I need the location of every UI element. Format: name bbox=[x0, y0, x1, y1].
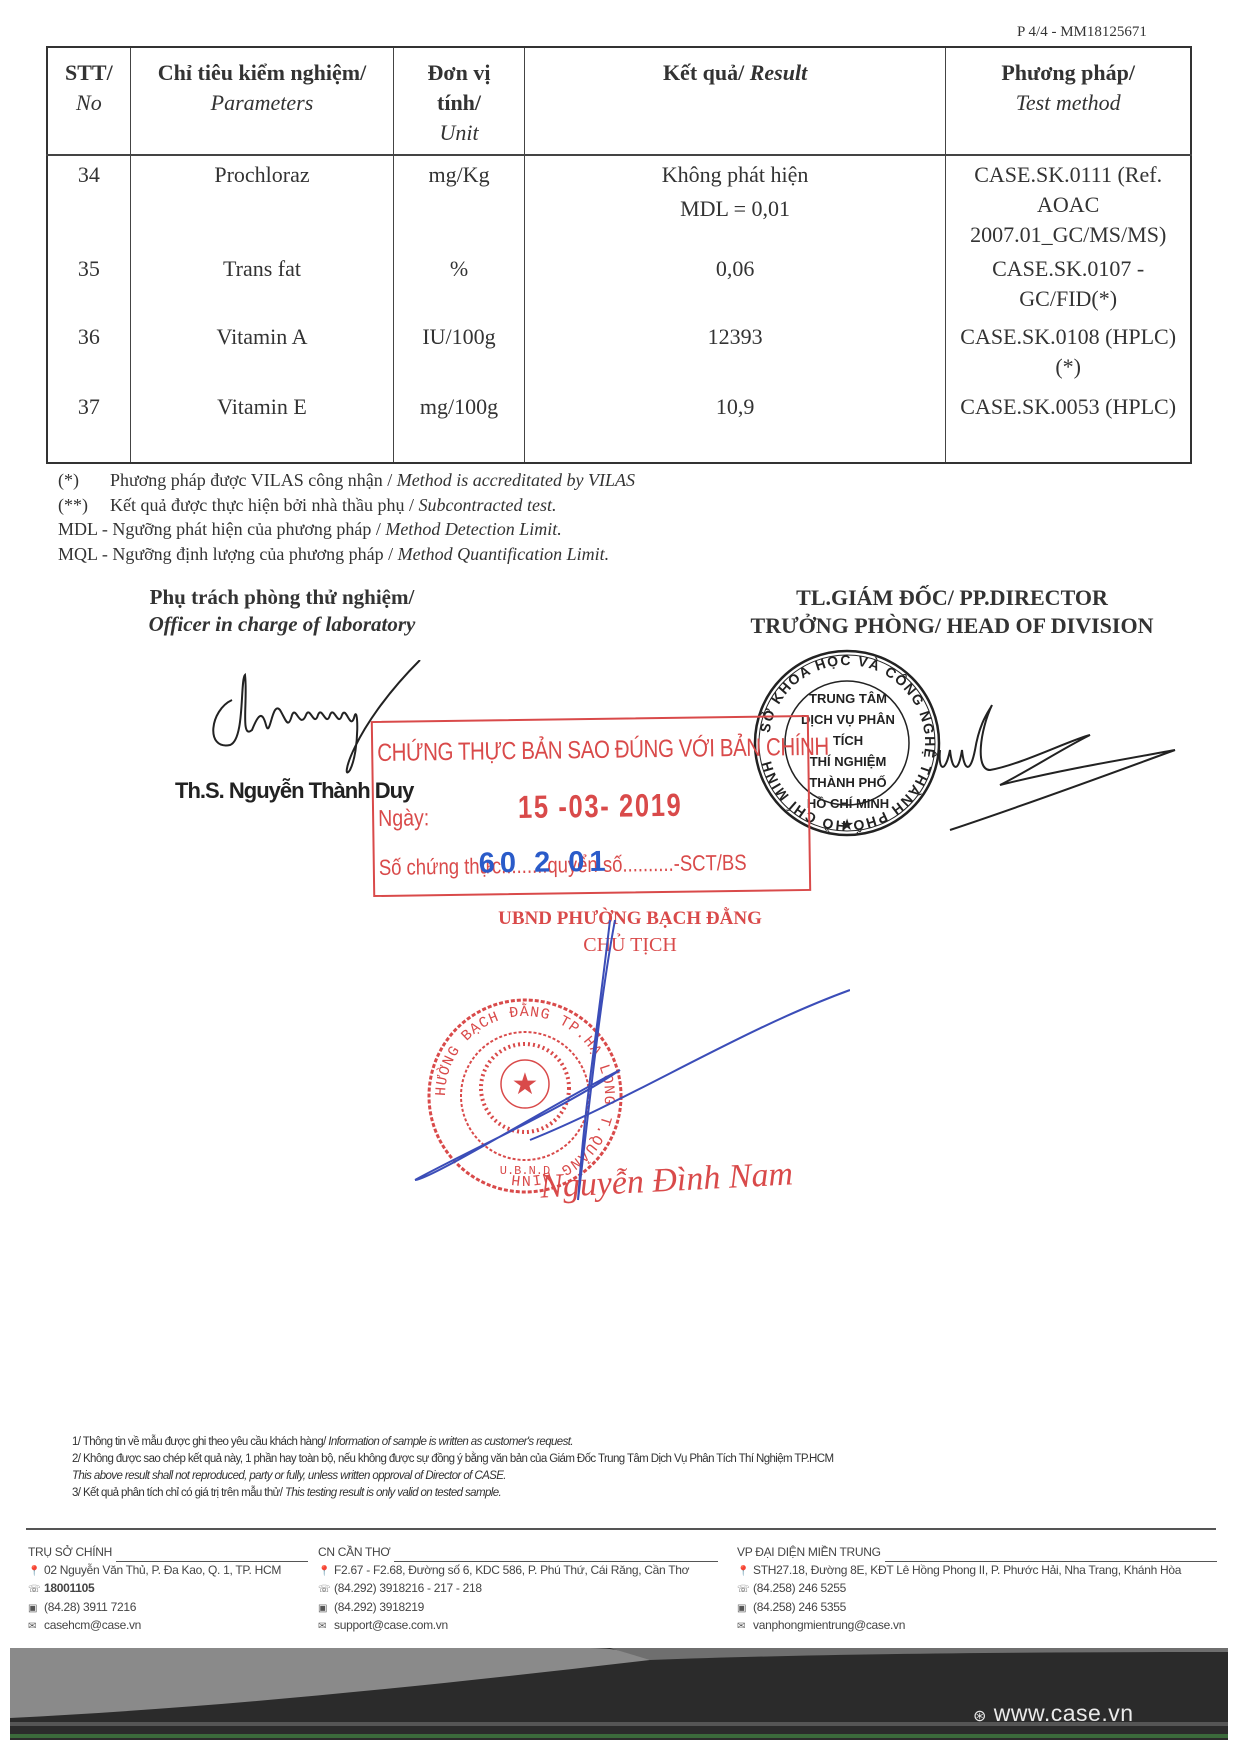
website-text: www.case.vn bbox=[994, 1700, 1134, 1726]
legend-note: MQL - Ngưỡng định lượng của phương pháp … bbox=[58, 542, 635, 567]
office-address-text: F2.67 - F2.68, Đường số 6, KDC 586, P. P… bbox=[334, 1563, 689, 1577]
seal-line: TRUNG TÂM bbox=[792, 688, 904, 709]
result-value: 10,9 bbox=[716, 394, 755, 419]
office-central: VP ĐẠI DIỆN MIỀN TRUNG📍STH27.18, Đường 8… bbox=[737, 1544, 1217, 1636]
office-fax-text: (84.28) 3911 7216 bbox=[44, 1600, 136, 1614]
header-param-vn: Chỉ tiêu kiểm nghiệm/ bbox=[158, 60, 366, 85]
footer-divider bbox=[26, 1528, 1216, 1530]
lab-officer-title-vn: Phụ trách phòng thử nghiệm/ bbox=[112, 584, 452, 611]
phone-icon: ☏ bbox=[28, 1581, 44, 1599]
note-symbol: MDL - bbox=[58, 519, 112, 539]
disclaimer-vn: 1/ Thông tin về mẫu được ghi theo yêu cầ… bbox=[72, 1436, 328, 1448]
cert-date-value: 15 -03- 2019 bbox=[518, 787, 683, 826]
header-param-en: Parameters bbox=[211, 90, 314, 115]
cell-param: Vitamin E bbox=[130, 388, 394, 463]
location-pin-icon: 📍 bbox=[28, 1563, 44, 1581]
note-text-en: Method is accreditated by VILAS bbox=[397, 470, 635, 490]
office-fax: ▣(84.292) 3918219 bbox=[318, 1599, 718, 1618]
cell-unit: % bbox=[394, 250, 525, 318]
table-row: 37Vitamin Emg/100g10,9CASE.SK.0053 (HPLC… bbox=[47, 388, 1191, 463]
cell-result: 0,06 bbox=[524, 250, 946, 318]
header-no-vn: STT/ bbox=[65, 60, 113, 85]
table-body: 34Prochlorazmg/KgKhông phát hiệnMDL = 0,… bbox=[47, 155, 1191, 463]
note-text-vn: Phương pháp được VILAS công nhận / bbox=[110, 470, 397, 490]
fax-icon: ▣ bbox=[28, 1600, 44, 1618]
office-headquarters: TRỤ SỞ CHÍNH📍02 Nguyễn Văn Thủ, P. Đa Ka… bbox=[28, 1544, 308, 1636]
office-address-text: STH27.18, Đường 8E, KĐT Lê Hồng Phong II… bbox=[753, 1563, 1181, 1577]
header-method-vn: Phương pháp/ bbox=[1001, 60, 1135, 85]
results-table: STT/ No Chỉ tiêu kiểm nghiệm/ Parameters… bbox=[46, 46, 1192, 464]
table-row: 36Vitamin AIU/100g12393CASE.SK.0108 (HPL… bbox=[47, 318, 1191, 388]
location-pin-icon: 📍 bbox=[318, 1563, 334, 1581]
cell-result: Không phát hiệnMDL = 0,01 bbox=[524, 155, 946, 250]
office-email-text: vanphongmientrung@case.vn bbox=[753, 1618, 905, 1632]
legend-note: MDL - Ngưỡng phát hiện của phương pháp /… bbox=[58, 517, 635, 542]
globe-icon: ⊛ bbox=[973, 1708, 987, 1725]
disclaimer-en: Information of sample is written as cust… bbox=[328, 1436, 573, 1448]
header-unit-vn1: Đơn vị bbox=[428, 60, 491, 85]
result-value: 12393 bbox=[708, 324, 763, 349]
result-detection-limit: MDL = 0,01 bbox=[529, 194, 942, 224]
fax-icon: ▣ bbox=[318, 1600, 334, 1618]
office-heading: VP ĐẠI DIỆN MIỀN TRUNG bbox=[737, 1544, 1217, 1562]
lab-officer-title-en: Officer in charge of laboratory bbox=[112, 611, 452, 638]
header-no-en: No bbox=[76, 90, 102, 115]
cell-unit: mg/Kg bbox=[394, 155, 525, 250]
cell-unit: IU/100g bbox=[394, 318, 525, 388]
office-phone[interactable]: ☏18001105 bbox=[28, 1580, 308, 1599]
note-text-en: Subcontracted test. bbox=[418, 495, 556, 515]
office-fax-text: (84.292) 3918219 bbox=[334, 1600, 424, 1614]
cell-no: 35 bbox=[47, 250, 130, 318]
website-link[interactable]: ⊛ www.case.vn bbox=[973, 1700, 1134, 1727]
svg-text:★: ★ bbox=[840, 817, 854, 834]
office-phone-text: (84.258) 246 5255 bbox=[753, 1581, 846, 1595]
note-text-en: Method Quantification Limit. bbox=[398, 544, 610, 564]
header-method-en: Test method bbox=[1016, 90, 1121, 115]
note-text-en: Method Detection Limit. bbox=[385, 519, 561, 539]
head-of-division-title: TRƯỞNG PHÒNG/ HEAD OF DIVISION bbox=[712, 612, 1192, 640]
note-text-vn: Kết quả được thực hiện bởi nhà thầu phụ … bbox=[110, 495, 418, 515]
fax-icon: ▣ bbox=[737, 1600, 753, 1618]
page-reference: P 4/4 - MM18125671 bbox=[1017, 24, 1147, 41]
result-value: 0,06 bbox=[716, 256, 755, 281]
note-text-vn: Ngưỡng định lượng của phương pháp / bbox=[112, 544, 397, 564]
director-signature bbox=[920, 690, 1180, 840]
cert-date-label: Ngày: bbox=[378, 804, 429, 832]
office-email[interactable]: ✉casehcm@case.vn bbox=[28, 1617, 308, 1636]
cell-no: 36 bbox=[47, 318, 130, 388]
email-icon: ✉ bbox=[28, 1618, 44, 1636]
office-fax-text: (84.258) 246 5355 bbox=[753, 1600, 846, 1614]
cell-param: Prochloraz bbox=[130, 155, 394, 250]
disclaimer-en: This testing result is only valid on tes… bbox=[285, 1487, 501, 1499]
office-address: 📍STH27.18, Đường 8E, KĐT Lê Hồng Phong I… bbox=[737, 1562, 1217, 1581]
disclaimer-line: This above result shall not reproduced, … bbox=[72, 1468, 833, 1485]
table-header-row: STT/ No Chỉ tiêu kiểm nghiệm/ Parameters… bbox=[47, 47, 1191, 155]
phone-icon: ☏ bbox=[318, 1581, 334, 1599]
cell-result: 10,9 bbox=[524, 388, 946, 463]
office-email-text: support@case.com.vn bbox=[334, 1618, 448, 1632]
disclaimer-line: 1/ Thông tin về mẫu được ghi theo yêu cầ… bbox=[72, 1434, 833, 1451]
cell-no: 37 bbox=[47, 388, 130, 463]
header-result: Kết quả/ Result bbox=[524, 47, 946, 155]
legend-notes: (*)Phương pháp được VILAS công nhận / Me… bbox=[58, 468, 635, 566]
header-unit: Đơn vị tính/ Unit bbox=[394, 47, 525, 155]
office-address-text: 02 Nguyễn Văn Thủ, P. Đa Kao, Q. 1, TP. … bbox=[44, 1563, 281, 1577]
header-method: Phương pháp/ Test method bbox=[946, 47, 1191, 155]
email-icon: ✉ bbox=[318, 1618, 334, 1636]
office-phone-text: 18001105 bbox=[44, 1581, 94, 1595]
office-email-text: casehcm@case.vn bbox=[44, 1618, 141, 1632]
legend-note: (*)Phương pháp được VILAS công nhận / Me… bbox=[58, 468, 635, 493]
copy-certification-stamp: CHỨNG THỰC BẢN SAO ĐÚNG VỚI BẢN CHÍNH Ng… bbox=[371, 715, 811, 897]
legend-note: (**)Kết quả được thực hiện bởi nhà thầu … bbox=[58, 493, 635, 518]
office-address: 📍02 Nguyễn Văn Thủ, P. Đa Kao, Q. 1, TP.… bbox=[28, 1562, 308, 1581]
note-symbol: (**) bbox=[58, 493, 110, 518]
cell-method: CASE.SK.0107 - GC/FID(*) bbox=[946, 250, 1191, 318]
disclaimer-line: 2/ Không được sao chép kết quả này, 1 ph… bbox=[72, 1451, 833, 1468]
cert-number-value: 60 2 01 bbox=[479, 846, 611, 881]
office-phone[interactable]: ☏(84.258) 246 5255 bbox=[737, 1580, 1217, 1599]
director-block: TL.GIÁM ĐỐC/ PP.DIRECTOR TRƯỞNG PHÒNG/ H… bbox=[712, 584, 1192, 640]
cell-method: CASE.SK.0053 (HPLC) bbox=[946, 388, 1191, 463]
office-title: VP ĐẠI DIỆN MIỀN TRUNG bbox=[737, 1544, 881, 1562]
note-symbol: MQL - bbox=[58, 544, 112, 564]
cert-stamp-heading: CHỨNG THỰC BẢN SAO ĐÚNG VỚI BẢN CHÍNH bbox=[377, 733, 829, 768]
office-fax: ▣(84.28) 3911 7216 bbox=[28, 1599, 308, 1618]
cell-param: Vitamin A bbox=[130, 318, 394, 388]
table-row: 34Prochlorazmg/KgKhông phát hiệnMDL = 0,… bbox=[47, 155, 1191, 250]
table-row: 35Trans fat%0,06CASE.SK.0107 - GC/FID(*) bbox=[47, 250, 1191, 318]
header-no: STT/ No bbox=[47, 47, 130, 155]
office-heading: TRỤ SỞ CHÍNH bbox=[28, 1544, 308, 1562]
header-result-en: Result bbox=[750, 60, 807, 85]
office-title: CN CẦN THƠ bbox=[318, 1544, 390, 1562]
header-unit-vn2: tính/ bbox=[437, 90, 481, 115]
result-value: Không phát hiện bbox=[662, 162, 809, 187]
disclaimer-line: 3/ Kết quả phân tích chỉ có giá trị trên… bbox=[72, 1485, 833, 1502]
cell-param: Trans fat bbox=[130, 250, 394, 318]
header-unit-en: Unit bbox=[439, 120, 478, 145]
office-title-rule bbox=[885, 1551, 1217, 1562]
office-email[interactable]: ✉vanphongmientrung@case.vn bbox=[737, 1617, 1217, 1636]
note-text-vn: Ngưỡng phát hiện của phương pháp / bbox=[112, 519, 385, 539]
office-can-tho: CN CẦN THƠ📍F2.67 - F2.68, Đường số 6, KD… bbox=[318, 1544, 718, 1636]
director-title: TL.GIÁM ĐỐC/ PP.DIRECTOR bbox=[712, 584, 1192, 612]
office-title-rule bbox=[116, 1551, 308, 1562]
office-address: 📍F2.67 - F2.68, Đường số 6, KDC 586, P. … bbox=[318, 1562, 718, 1581]
disclaimer-vn: 2/ Không được sao chép kết quả này, 1 ph… bbox=[72, 1453, 833, 1465]
office-phone[interactable]: ☏(84.292) 3918216 - 217 - 218 bbox=[318, 1580, 718, 1599]
office-phone-text: (84.292) 3918216 - 217 - 218 bbox=[334, 1581, 482, 1595]
disclaimer-en: This above result shall not reproduced, … bbox=[72, 1470, 506, 1482]
location-pin-icon: 📍 bbox=[737, 1563, 753, 1581]
header-result-vn: Kết quả/ bbox=[663, 60, 744, 85]
phone-icon: ☏ bbox=[737, 1581, 753, 1599]
disclaimer-notes: 1/ Thông tin về mẫu được ghi theo yêu cầ… bbox=[72, 1434, 833, 1502]
cell-result: 12393 bbox=[524, 318, 946, 388]
cell-no: 34 bbox=[47, 155, 130, 250]
office-title-rule bbox=[394, 1551, 718, 1562]
note-symbol: (*) bbox=[58, 468, 110, 493]
office-email[interactable]: ✉support@case.com.vn bbox=[318, 1617, 718, 1636]
office-title: TRỤ SỞ CHÍNH bbox=[28, 1544, 112, 1562]
header-parameters: Chỉ tiêu kiểm nghiệm/ Parameters bbox=[130, 47, 394, 155]
lab-officer-block: Phụ trách phòng thử nghiệm/ Officer in c… bbox=[112, 584, 452, 638]
office-heading: CN CẦN THƠ bbox=[318, 1544, 718, 1562]
cell-method: CASE.SK.0111 (Ref. AOAC 2007.01_GC/MS/MS… bbox=[946, 155, 1191, 250]
email-icon: ✉ bbox=[737, 1618, 753, 1636]
office-fax: ▣(84.258) 246 5355 bbox=[737, 1599, 1217, 1618]
disclaimer-vn: 3/ Kết quả phân tích chỉ có giá trị trên… bbox=[72, 1487, 285, 1499]
cell-unit: mg/100g bbox=[394, 388, 525, 463]
cell-method: CASE.SK.0108 (HPLC)(*) bbox=[946, 318, 1191, 388]
